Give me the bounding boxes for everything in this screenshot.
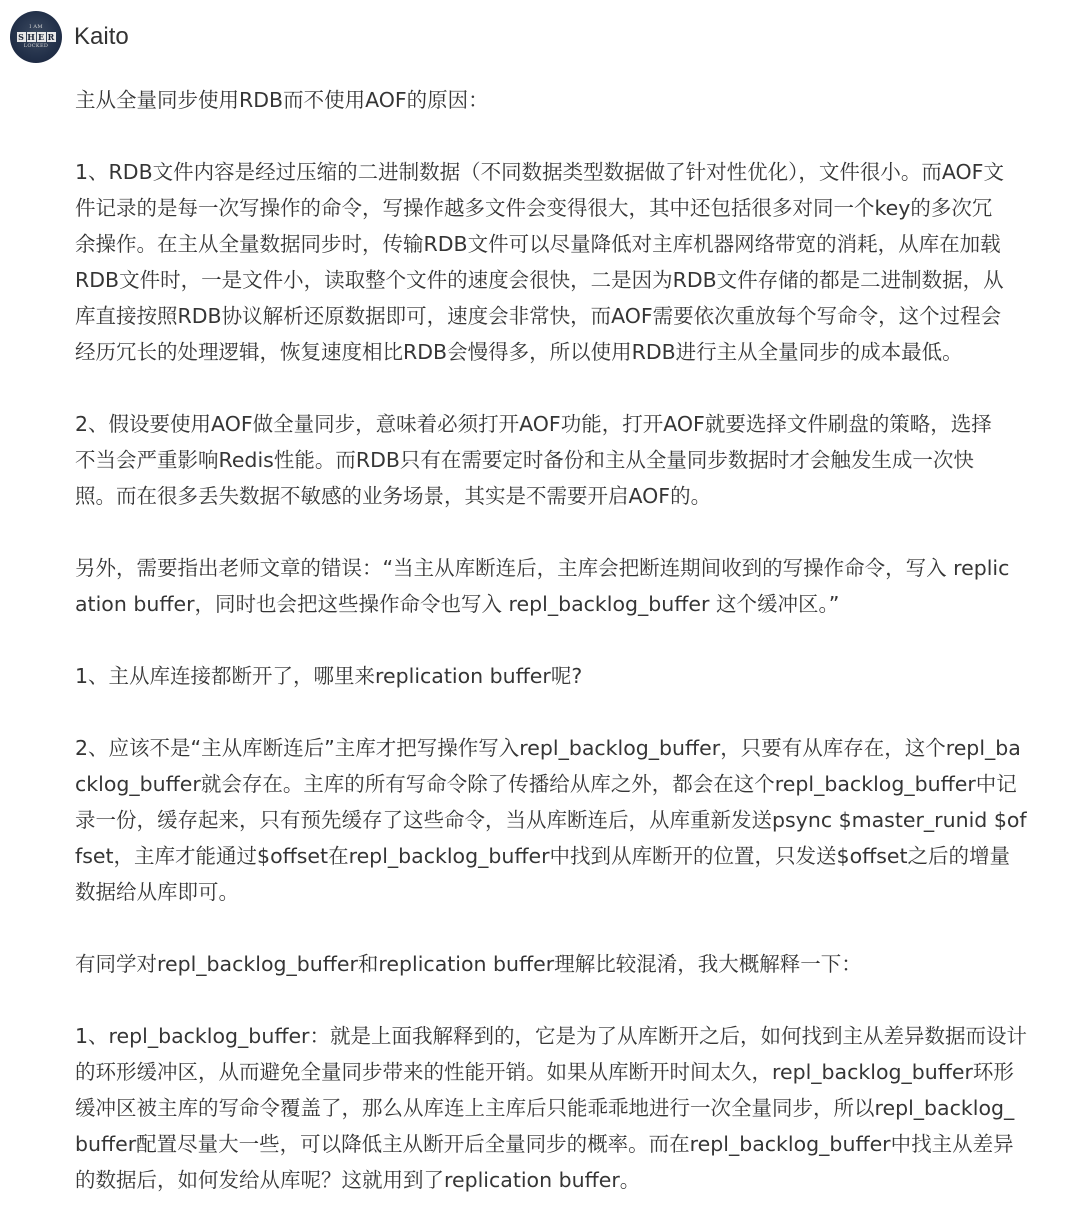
- paragraph-point-1: 1、主从库连接都断开了，哪里来replication buffer呢?: [75, 658, 1065, 694]
- text-line: ation buffer，同时也会把这些操作命令也写入 repl_backlog…: [75, 586, 1065, 622]
- avatar[interactable]: I AM S H E R LOCKED: [10, 11, 62, 63]
- text-line: 1、RDB文件内容是经过压缩的二进制数据（不同数据类型数据做了针对性优化），文件…: [75, 154, 1065, 190]
- text-line: 经历冗长的处理逻辑，恢复速度相比RDB会慢得多，所以使用RDB进行主从全量同步的…: [75, 334, 1065, 370]
- avatar-bottom-text: LOCKED: [24, 43, 48, 50]
- text-line: 不当会严重影响Redis性能。而RDB只有在需要定时备份和主从全量同步数据时才会…: [75, 442, 1065, 478]
- username[interactable]: Kaito: [74, 23, 129, 51]
- comment-body: 主从全量同步使用RDB而不使用AOF的原因： 1、RDB文件内容是经过压缩的二进…: [75, 82, 1065, 1198]
- avatar-tile: E: [37, 32, 46, 42]
- text-line: 余操作。在主从全量数据同步时，传输RDB文件可以尽量降低对主库机器网络带宽的消耗…: [75, 226, 1065, 262]
- avatar-top-text: I AM: [29, 24, 43, 31]
- paragraph-correction: 另外，需要指出老师文章的错误：“当主从库断连后，主库会把断连期间收到的写操作命令…: [75, 550, 1065, 622]
- text-line: buffer配置尽量大一些，可以降低主从断开后全量同步的概率。而在repl_ba…: [75, 1126, 1065, 1162]
- text-line: RDB文件时，一是文件小，读取整个文件的速度会很快，二是因为RDB文件存储的都是…: [75, 262, 1065, 298]
- text-line: 主从全量同步使用RDB而不使用AOF的原因：: [75, 82, 1065, 118]
- text-line: 照。而在很多丢失数据不敏感的业务场景，其实是不需要开启AOF的。: [75, 478, 1065, 514]
- text-line: 件记录的是每一次写操作的命令，写操作越多文件会变得很大，其中还包括很多对同一个k…: [75, 190, 1065, 226]
- paragraph-explain-intro: 有同学对repl_backlog_buffer和replication buff…: [75, 946, 1065, 982]
- text-line: 库直接按照RDB协议解析还原数据即可，速度会非常快，而AOF需要依次重放每个写命…: [75, 298, 1065, 334]
- avatar-tiles: S H E R: [17, 32, 56, 42]
- comment-header: I AM S H E R LOCKED Kaito: [10, 11, 129, 63]
- text-line: 1、repl_backlog_buffer：就是上面我解释到的，它是为了从库断开…: [75, 1018, 1065, 1054]
- text-line: 2、假设要使用AOF做全量同步，意味着必须打开AOF功能，打开AOF就要选择文件…: [75, 406, 1065, 442]
- text-line: 另外，需要指出老师文章的错误：“当主从库断连后，主库会把断连期间收到的写操作命令…: [75, 550, 1065, 586]
- avatar-tile: S: [17, 32, 26, 42]
- paragraph-reason-1: 1、RDB文件内容是经过压缩的二进制数据（不同数据类型数据做了针对性优化），文件…: [75, 154, 1065, 370]
- text-line: 有同学对repl_backlog_buffer和replication buff…: [75, 946, 1065, 982]
- paragraph-title: 主从全量同步使用RDB而不使用AOF的原因：: [75, 82, 1065, 118]
- text-line: cklog_buffer就会存在。主库的所有写命令除了传播给从库之外，都会在这个…: [75, 766, 1065, 802]
- avatar-tile: R: [47, 32, 56, 42]
- paragraph-explain-1: 1、repl_backlog_buffer：就是上面我解释到的，它是为了从库断开…: [75, 1018, 1065, 1198]
- text-line: 录一份，缓存起来，只有预先缓存了这些命令，当从库断连后，从库重新发送psync …: [75, 802, 1065, 838]
- text-line: 的环形缓冲区，从而避免全量同步带来的性能开销。如果从库断开时间太久，repl_b…: [75, 1054, 1065, 1090]
- text-line: fset，主库才能通过$offset在repl_backlog_buffer中找…: [75, 838, 1065, 874]
- text-line: 的数据后，如何发给从库呢？这就用到了replication buffer。: [75, 1162, 1065, 1198]
- paragraph-point-2: 2、应该不是“主从库断连后”主库才把写操作写入repl_backlog_buff…: [75, 730, 1065, 910]
- text-line: 2、应该不是“主从库断连后”主库才把写操作写入repl_backlog_buff…: [75, 730, 1065, 766]
- text-line: 1、主从库连接都断开了，哪里来replication buffer呢?: [75, 658, 1065, 694]
- text-line: 缓冲区被主库的写命令覆盖了，那么从库连上主库后只能乖乖地进行一次全量同步，所以r…: [75, 1090, 1065, 1126]
- text-line: 数据给从库即可。: [75, 874, 1065, 910]
- avatar-tile: H: [27, 32, 36, 42]
- paragraph-reason-2: 2、假设要使用AOF做全量同步，意味着必须打开AOF功能，打开AOF就要选择文件…: [75, 406, 1065, 514]
